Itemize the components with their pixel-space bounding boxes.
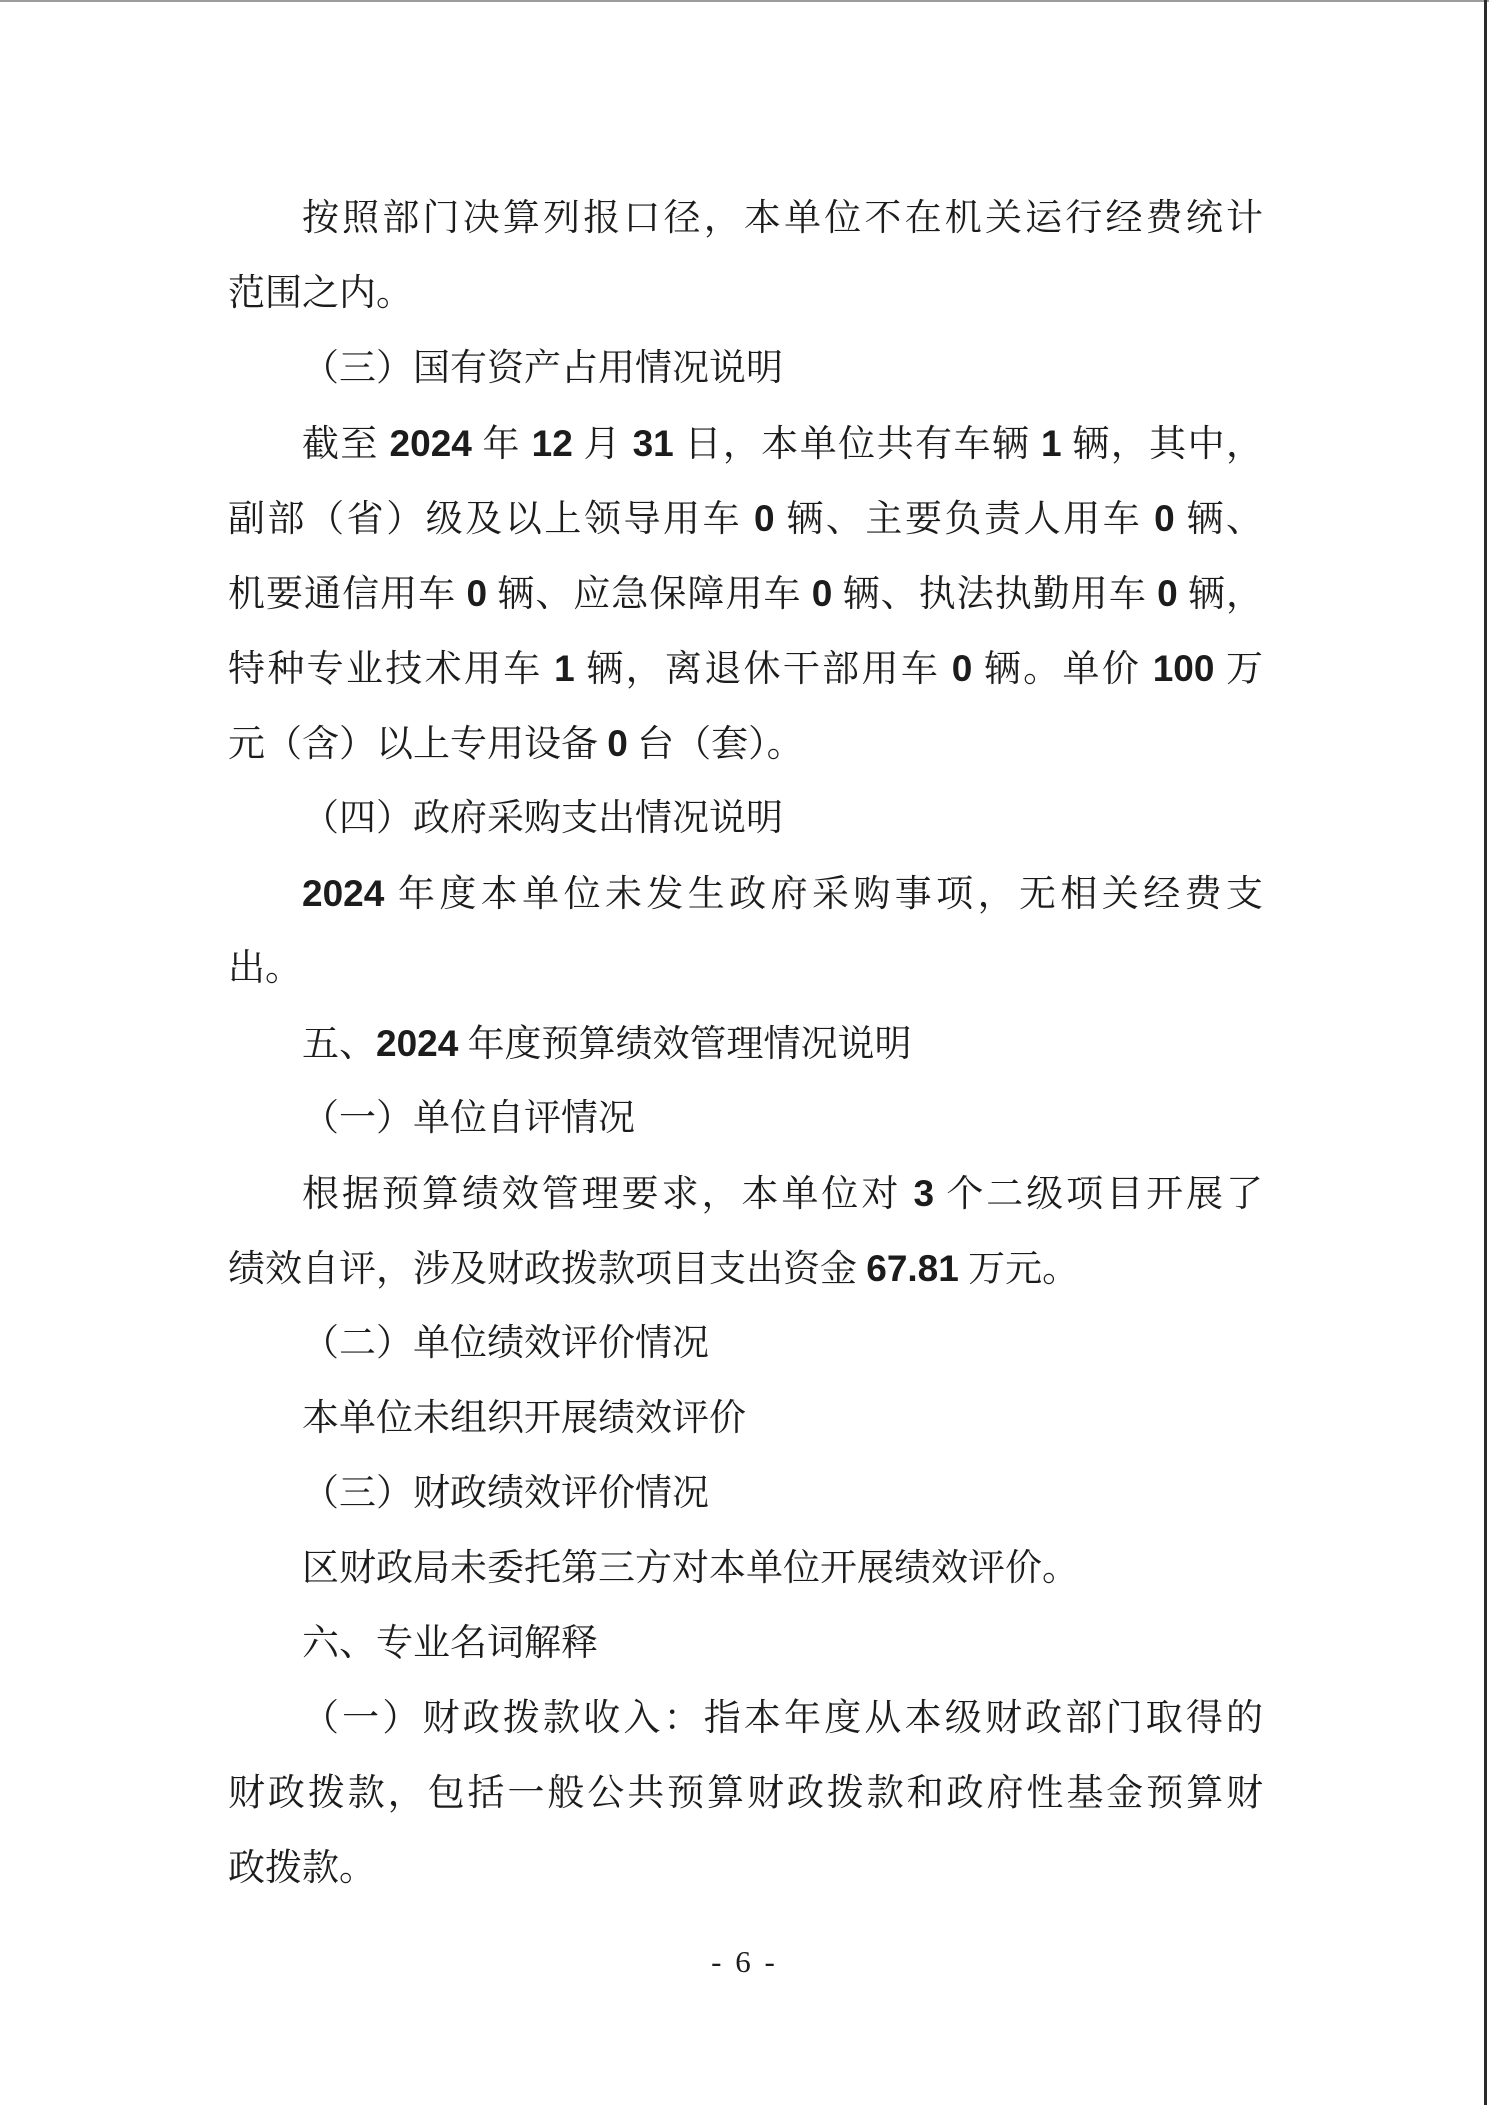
page-right-border <box>1484 0 1487 2105</box>
numeric-text: 0 <box>952 648 973 689</box>
numeric-text: 0 <box>754 498 775 539</box>
text-line: （二）单位绩效评价情况 <box>228 1306 1263 1381</box>
numeric-text: 0 <box>1154 498 1175 539</box>
text-line: 六、专业名词解释 <box>228 1606 1263 1681</box>
numeric-text: 67.81 <box>866 1248 959 1289</box>
numeric-text: 3 <box>914 1173 935 1214</box>
numeric-text: 31 <box>633 423 674 464</box>
text-line: 副部（省）级及以上领导用车 0 辆、主要负责人用车 0 辆、 <box>228 481 1263 556</box>
text-line: 根据预算绩效管理要求，本单位对 3 个二级项目开展了 <box>228 1156 1263 1231</box>
numeric-text: 0 <box>1157 573 1178 614</box>
text-line: 绩效自评，涉及财政拨款项目支出资金 67.81 万元。 <box>228 1231 1263 1306</box>
text-line: 特种专业技术用车 1 辆，离退休干部用车 0 辆。单价 100 万 <box>228 631 1263 706</box>
text-line: 机要通信用车 0 辆、应急保障用车 0 辆、执法执勤用车 0 辆， <box>228 556 1263 631</box>
text-line: 范围之内。 <box>228 256 1263 331</box>
text-line: 财政拨款，包括一般公共预算财政拨款和政府性基金预算财 <box>228 1756 1263 1831</box>
text-line: （四）政府采购支出情况说明 <box>228 781 1263 856</box>
text-line: （一）财政拨款收入：指本年度从本级财政部门取得的 <box>228 1681 1263 1756</box>
text-line: 元（含）以上专用设备 0 台（套）。 <box>228 706 1263 781</box>
text-line: 2024 年度本单位未发生政府采购事项，无相关经费支 <box>228 856 1263 931</box>
numeric-text: 0 <box>812 573 833 614</box>
numeric-text: 1 <box>554 648 575 689</box>
text-line: （三）国有资产占用情况说明 <box>228 331 1263 406</box>
numeric-text: 1 <box>1041 423 1062 464</box>
text-line: 按照部门决算列报口径，本单位不在机关运行经费统计 <box>228 181 1263 256</box>
text-line: 本单位未组织开展绩效评价 <box>228 1381 1263 1456</box>
text-line: 五、2024 年度预算绩效管理情况说明 <box>228 1006 1263 1081</box>
text-line: 截至 2024 年 12 月 31 日，本单位共有车辆 1 辆，其中， <box>228 406 1263 481</box>
text-lines: 按照部门决算列报口径，本单位不在机关运行经费统计范围之内。（三）国有资产占用情况… <box>228 181 1263 1906</box>
numeric-text: 0 <box>607 723 628 764</box>
text-line: 区财政局未委托第三方对本单位开展绩效评价。 <box>228 1531 1263 1606</box>
text-line: 政拨款。 <box>228 1831 1263 1906</box>
page-number: - 6 - <box>0 1944 1489 1980</box>
numeric-text: 12 <box>532 423 573 464</box>
document-page: 按照部门决算列报口径，本单位不在机关运行经费统计范围之内。（三）国有资产占用情况… <box>0 0 1489 2105</box>
numeric-text: 100 <box>1153 648 1215 689</box>
text-line: （一）单位自评情况 <box>228 1081 1263 1156</box>
page-top-border <box>0 0 1489 2</box>
numeric-text: 2024 <box>390 423 472 464</box>
numeric-text: 0 <box>466 573 487 614</box>
text-line: 出。 <box>228 931 1263 1006</box>
numeric-text: 2024 <box>302 873 384 914</box>
text-line: （三）财政绩效评价情况 <box>228 1456 1263 1531</box>
numeric-text: 2024 <box>376 1023 458 1064</box>
